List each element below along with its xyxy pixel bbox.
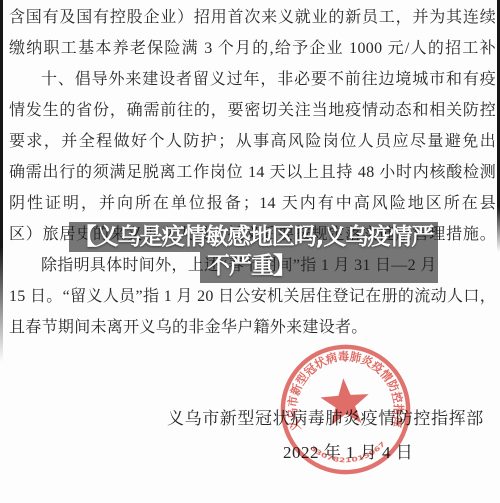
svg-text:义乌市新型冠状病毒肺炎疫情防控指挥部: 义乌市新型冠状病毒肺炎疫情防控指挥部 — [272, 336, 407, 437]
seal-star-icon — [319, 377, 370, 426]
caption-overlay-line1: 【义乌是疫情敏感地区吗,义乌疫情严 — [69, 222, 438, 252]
caption-overlay-line2: 不严重】 — [200, 252, 438, 283]
document-body: 含国有及国有控股企业）招用首次来义就业的新员工，并为其连续 缴纳职工基本养老保险… — [9, 2, 496, 343]
caption-text-line2: 不严重】 — [207, 253, 295, 279]
caption-text-line1: 【义乌是疫情敏感地区吗,义乌疫情严 — [74, 224, 434, 250]
scan-edge-left — [0, 0, 3, 362]
body-line: 十、倡导外来建设者留义过年，非必要不前往边境城市和有疫 — [9, 64, 496, 95]
seal-arc-text: 义乌市新型冠状病毒肺炎疫情防控指挥部 — [272, 336, 407, 437]
body-line: 要求，并全程做好个人防护；从事高风险岗位人员应尽量避免出行， — [9, 126, 496, 157]
body-line: 15 日。“留义人员”指 1 月 20 日公安机关居住登记在册的流动人口， — [9, 281, 496, 312]
body-line: 情发生的省份，确需前往的，要密切关注当地疫情动态和相关防控 — [9, 95, 496, 126]
document-scan: 含国有及国有控股企业）招用首次来义就业的新员工，并为其连续 缴纳职工基本养老保险… — [0, 0, 500, 503]
body-line: 确需出行的须满足脱离工作岗位 14 天以上且持 48 小时内核酸检测 — [9, 157, 496, 188]
body-line: 阴性证明，并向所在单位报备；14 天内有中高风险地区所在县（市、 — [9, 188, 496, 219]
body-line: 含国有及国有控股企业）招用首次来义就业的新员工，并为其连续 — [9, 2, 496, 33]
body-line: 且春节期间未离开义乌的非金华户籍外来建设者。 — [9, 312, 496, 343]
official-seal: 义乌市新型冠状病毒肺炎疫情防控指挥部 3307821015067 — [272, 336, 418, 482]
body-line: 缴纳职工基本养老保险满 3 个月的,给予企业 1000 元/人的招工补助。 — [9, 33, 496, 64]
